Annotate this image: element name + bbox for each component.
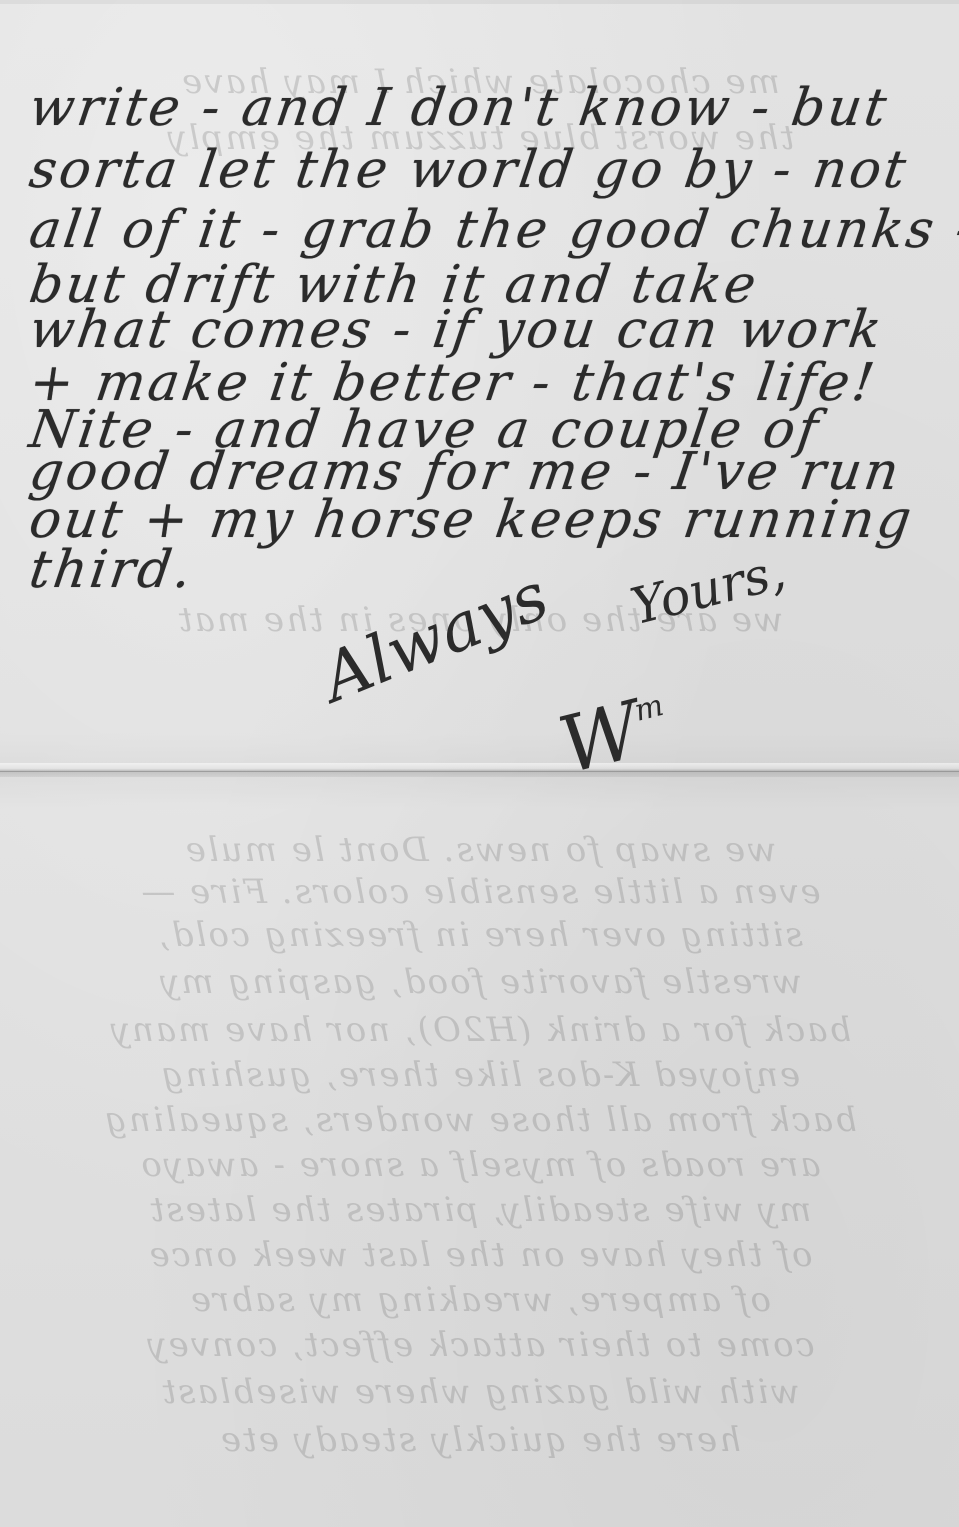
bleed-through-line: wrestle favorite food, gasping my	[40, 962, 920, 1002]
bleed-through-line: are roads of myself a snore - awayo	[40, 1145, 920, 1185]
letter-line: sorta let the world go by - not	[26, 140, 912, 200]
bleed-through-line: with wild gazing where wiseblast	[40, 1372, 920, 1412]
letter-line: what comes - if you can work	[26, 300, 888, 360]
bleed-through-line: come to their attack effect, convey	[40, 1325, 920, 1365]
closing-always: Always	[311, 557, 558, 717]
paper-fold	[0, 763, 959, 777]
bleed-through-line: back for a drink (H2O), nor have many	[40, 1010, 920, 1050]
bleed-through-line: here the quickly steady ete	[40, 1420, 920, 1460]
letter-page: me chocolate which I may have the worst …	[0, 0, 959, 1527]
paper-fold-line	[0, 771, 959, 772]
bleed-through-line: enjoyed K-dos like there, gushing	[40, 1055, 920, 1095]
letter-line: all of it - grab the good chunks -	[26, 200, 959, 260]
bleed-through-line: sitting over here in freezing cold,	[40, 915, 920, 955]
paper-edge	[0, 0, 959, 4]
bleed-through-line: we swap fo news. Dont le mule	[40, 830, 920, 870]
bleed-through-line: of they have on the last week once	[40, 1235, 920, 1275]
letter-line: write - and I don't know - but	[26, 78, 893, 138]
bleed-through-line: my wife steadily, pirates the latest	[40, 1190, 920, 1230]
bleed-through-line: of ampere, wreaking my sabre	[40, 1280, 920, 1320]
bleed-through-line: back from all those wonders, squealing	[40, 1100, 920, 1140]
letter-line: third.	[26, 540, 198, 600]
bleed-through-line: even a little sensible colors. Fire —	[40, 872, 920, 912]
